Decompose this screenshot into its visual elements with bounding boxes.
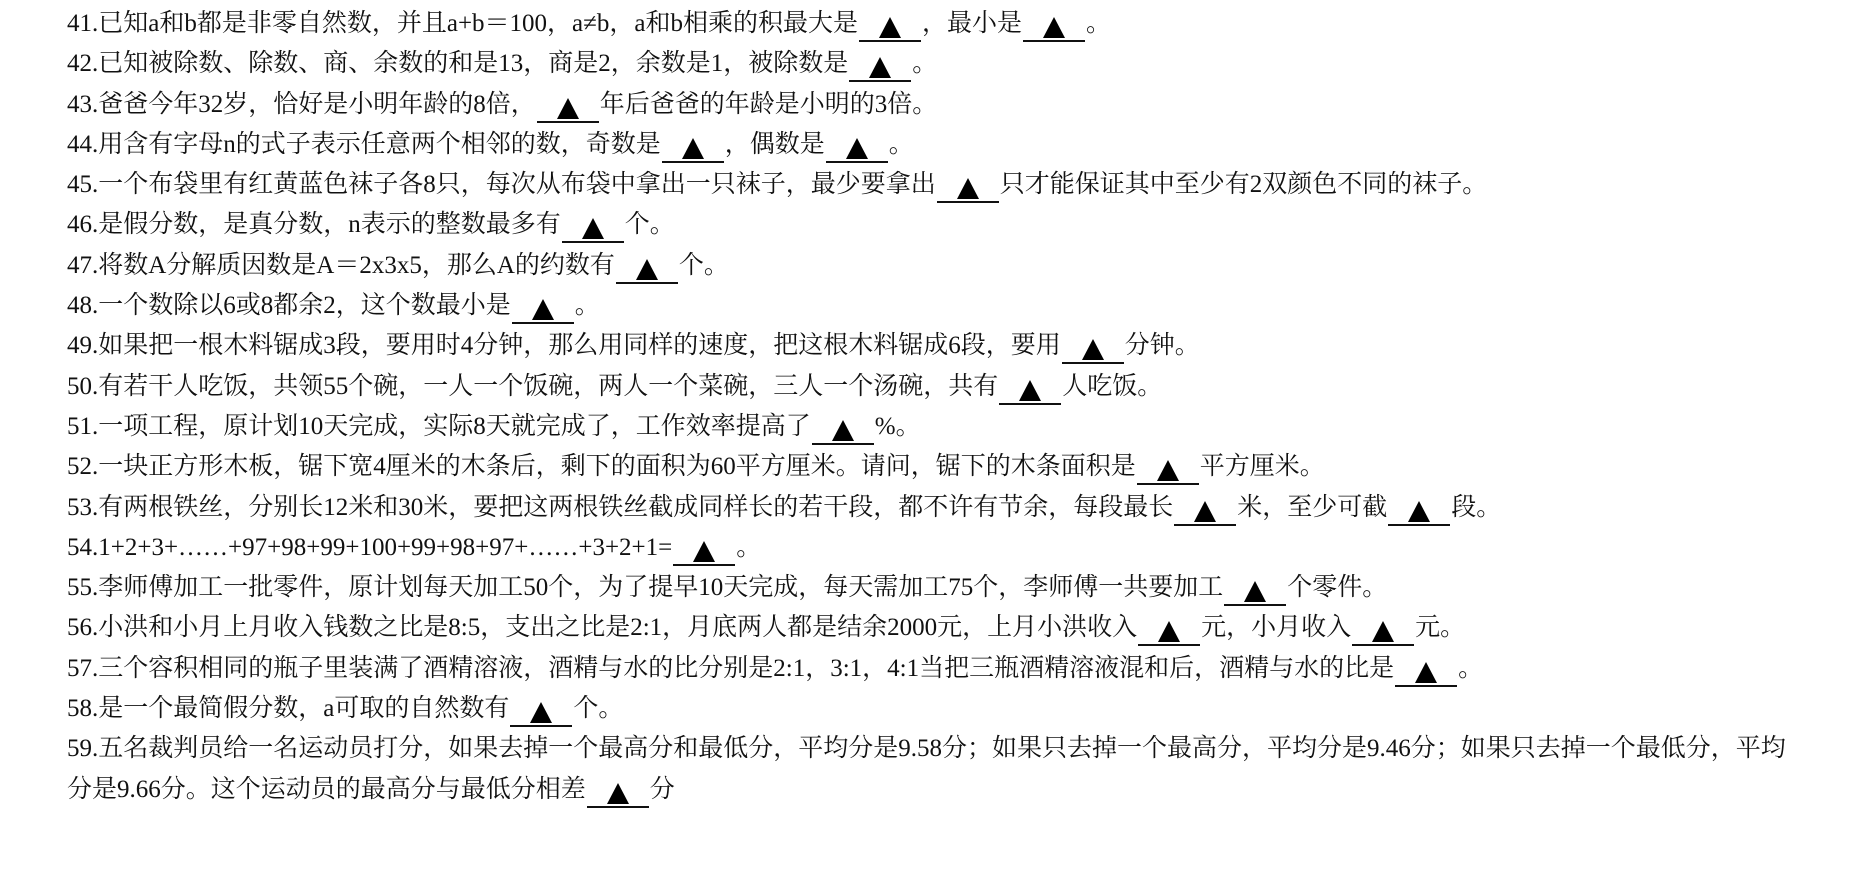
question-text: 55.李师傅加工一批零件，原计划每天加工50个，为了提早10天完成，每天需加工7…: [67, 574, 1223, 601]
triangle-marker-icon: [1157, 460, 1179, 481]
question-text: 。: [1086, 10, 1111, 37]
question-56: 56.小洪和小月上月收入钱数之比是8:5，支出之比是2:1，月底两人都是结余20…: [67, 608, 1827, 648]
triangle-marker-icon: [957, 178, 979, 199]
question-58: 58.是一个最简假分数，a可取的自然数有个。: [67, 689, 1827, 729]
answer-blank[interactable]: [812, 418, 874, 445]
triangle-marker-icon: [582, 218, 604, 239]
answer-blank[interactable]: [510, 700, 572, 727]
answer-blank[interactable]: [859, 15, 921, 42]
question-49: 49.如果把一根木料锯成3段，要用时4分钟，那么用同样的速度，把这根木料锯成6段…: [67, 326, 1827, 366]
triangle-marker-icon: [1244, 581, 1266, 602]
question-text: 49.如果把一根木料锯成3段，要用时4分钟，那么用同样的速度，把这根木料锯成6段…: [67, 332, 1061, 359]
answer-blank[interactable]: [1023, 15, 1085, 42]
question-text: %。: [875, 413, 921, 440]
question-text: ，最小是: [922, 10, 1022, 37]
answer-blank[interactable]: [1062, 337, 1124, 364]
answer-blank[interactable]: [849, 55, 911, 82]
answer-blank[interactable]: [999, 378, 1061, 405]
answer-blank[interactable]: [562, 216, 624, 243]
question-text: 44.用含有字母n的式子表示任意两个相邻的数，奇数是: [67, 131, 661, 158]
triangle-marker-icon: [530, 702, 552, 723]
question-51: 51.一项工程，原计划10天完成，实际8天就完成了，工作效率提高了%。: [67, 407, 1827, 447]
triangle-marker-icon: [557, 98, 579, 119]
question-47: 47.将数A分解质因数是A＝2x3x5，那么A的约数有个。: [67, 246, 1827, 286]
question-text: 48.一个数除以6或8都余2，这个数最小是: [67, 292, 511, 319]
question-text: 。: [575, 292, 600, 319]
question-text: 58.是一个最简假分数，a可取的自然数有: [67, 695, 509, 722]
question-text: 个。: [573, 695, 623, 722]
answer-blank[interactable]: [512, 297, 574, 324]
answer-blank[interactable]: [1138, 619, 1200, 646]
question-text: 57.三个容积相同的瓶子里装满了酒精溶液，酒精与水的比分别是2:1，3:1，4:…: [67, 655, 1394, 682]
question-44: 44.用含有字母n的式子表示任意两个相邻的数，奇数是，偶数是。: [67, 125, 1827, 165]
answer-blank[interactable]: [587, 781, 649, 808]
answer-blank[interactable]: [1388, 499, 1450, 526]
question-text: 人吃饭。: [1062, 373, 1162, 400]
triangle-marker-icon: [846, 138, 868, 159]
question-text: 42.已知被除数、除数、商、余数的和是13，商是2，余数是1，被除数是: [67, 50, 848, 77]
question-text: 平方厘米。: [1200, 453, 1325, 480]
question-55: 55.李师傅加工一批零件，原计划每天加工50个，为了提早10天完成，每天需加工7…: [67, 568, 1827, 608]
triangle-marker-icon: [1194, 501, 1216, 522]
question-text: 43.爸爸今年32岁，恰好是小明年龄的8倍，: [67, 91, 536, 118]
triangle-marker-icon: [1372, 621, 1394, 642]
triangle-marker-icon: [1019, 380, 1041, 401]
question-text: 分钟。: [1125, 332, 1200, 359]
question-text: ，偶数是: [725, 131, 825, 158]
question-text: 56.小洪和小月上月收入钱数之比是8:5，支出之比是2:1，月底两人都是结余20…: [67, 614, 1137, 641]
question-46: 46.是假分数，是真分数，n表示的整数最多有个。: [67, 205, 1827, 245]
answer-blank[interactable]: [826, 136, 888, 163]
question-text: 元。: [1415, 614, 1465, 641]
question-54: 54.1+2+3+……+97+98+99+100+99+98+97+……+3+2…: [67, 528, 1827, 568]
triangle-marker-icon: [1043, 17, 1065, 38]
answer-blank[interactable]: [1137, 458, 1199, 485]
triangle-marker-icon: [532, 299, 554, 320]
answer-blank[interactable]: [537, 96, 599, 123]
answer-blank[interactable]: [1352, 619, 1414, 646]
question-43: 43.爸爸今年32岁，恰好是小明年龄的8倍，年后爸爸的年龄是小明的3倍。: [67, 85, 1827, 125]
question-57: 57.三个容积相同的瓶子里装满了酒精溶液，酒精与水的比分别是2:1，3:1，4:…: [67, 649, 1827, 689]
triangle-marker-icon: [879, 17, 901, 38]
answer-blank[interactable]: [937, 176, 999, 203]
answer-blank[interactable]: [673, 539, 735, 566]
question-text: 52.一块正方形木板，锯下宽4厘米的木条后，剩下的面积为60平方厘米。请问，锯下…: [67, 453, 1136, 480]
triangle-marker-icon: [1408, 501, 1430, 522]
triangle-marker-icon: [1158, 621, 1180, 642]
question-list: 41.已知a和b都是非零自然数，并且a+b＝100，a≠b，a和b相乘的积最大是…: [67, 4, 1827, 810]
question-text: 47.将数A分解质因数是A＝2x3x5，那么A的约数有: [67, 252, 615, 279]
triangle-marker-icon: [636, 259, 658, 280]
triangle-marker-icon: [832, 420, 854, 441]
triangle-marker-icon: [693, 541, 715, 562]
question-45: 45.一个布袋里有红黄蓝色袜子各8只，每次从布袋中拿出一只袜子，最少要拿出只才能…: [67, 165, 1827, 205]
answer-blank[interactable]: [662, 136, 724, 163]
question-text: 59.五名裁判员给一名运动员打分，如果去掉一个最高分和最低分，平均分是9.58分…: [67, 735, 1786, 802]
question-text: 年后爸爸的年龄是小明的3倍。: [600, 91, 938, 118]
question-text: 。: [912, 50, 937, 77]
question-text: 45.一个布袋里有红黄蓝色袜子各8只，每次从布袋中拿出一只袜子，最少要拿出: [67, 171, 936, 198]
question-text: 分: [650, 776, 675, 803]
question-53: 53.有两根铁丝，分别长12米和30米，要把这两根铁丝截成同样长的若干段，都不许…: [67, 488, 1827, 528]
triangle-marker-icon: [1415, 662, 1437, 683]
answer-blank[interactable]: [1224, 579, 1286, 606]
question-text: 个。: [625, 211, 675, 238]
question-text: 段。: [1451, 494, 1501, 521]
triangle-marker-icon: [1082, 339, 1104, 360]
answer-blank[interactable]: [1395, 660, 1457, 687]
question-text: 。: [736, 534, 761, 561]
question-48: 48.一个数除以6或8都余2，这个数最小是。: [67, 286, 1827, 326]
question-52: 52.一块正方形木板，锯下宽4厘米的木条后，剩下的面积为60平方厘米。请问，锯下…: [67, 447, 1827, 487]
question-text: 个。: [679, 252, 729, 279]
triangle-marker-icon: [607, 783, 629, 804]
question-text: 53.有两根铁丝，分别长12米和30米，要把这两根铁丝截成同样长的若干段，都不许…: [67, 494, 1173, 521]
triangle-marker-icon: [869, 57, 891, 78]
answer-blank[interactable]: [1174, 499, 1236, 526]
question-text: 米，至少可截: [1237, 494, 1387, 521]
triangle-marker-icon: [682, 138, 704, 159]
question-59: 59.五名裁判员给一名运动员打分，如果去掉一个最高分和最低分，平均分是9.58分…: [67, 729, 1807, 810]
question-text: 54.1+2+3+……+97+98+99+100+99+98+97+……+3+2…: [67, 534, 672, 561]
answer-blank[interactable]: [616, 257, 678, 284]
question-text: 元，小月收入: [1201, 614, 1351, 641]
question-text: 46.是假分数，是真分数，n表示的整数最多有: [67, 211, 561, 238]
question-41: 41.已知a和b都是非零自然数，并且a+b＝100，a≠b，a和b相乘的积最大是…: [67, 4, 1827, 44]
question-50: 50.有若干人吃饭，共领55个碗，一人一个饭碗，两人一个菜碗，三人一个汤碗，共有…: [67, 367, 1827, 407]
question-text: 个零件。: [1287, 574, 1387, 601]
question-text: 41.已知a和b都是非零自然数，并且a+b＝100，a≠b，a和b相乘的积最大是: [67, 10, 858, 37]
question-text: 50.有若干人吃饭，共领55个碗，一人一个饭碗，两人一个菜碗，三人一个汤碗，共有: [67, 373, 998, 400]
question-text: 51.一项工程，原计划10天完成，实际8天就完成了，工作效率提高了: [67, 413, 811, 440]
question-text: 只才能保证其中至少有2双颜色不同的袜子。: [1000, 171, 1488, 198]
question-42: 42.已知被除数、除数、商、余数的和是13，商是2，余数是1，被除数是。: [67, 44, 1827, 84]
question-text: 。: [889, 131, 914, 158]
question-text: 。: [1458, 655, 1483, 682]
